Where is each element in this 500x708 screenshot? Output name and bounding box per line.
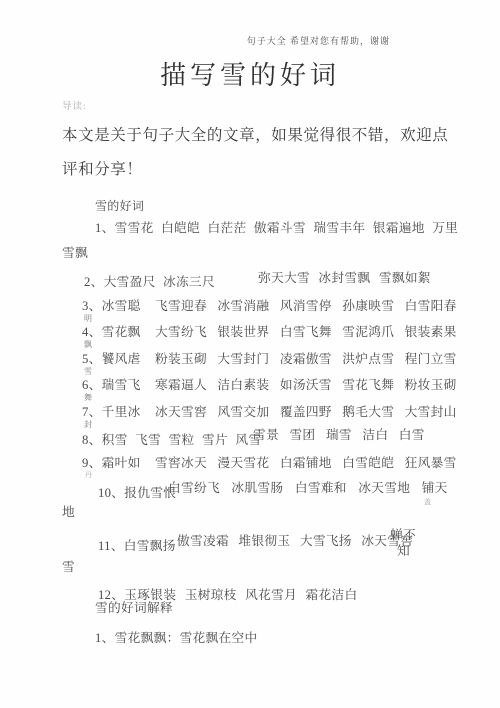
word-item-10-cont: 地 bbox=[62, 506, 75, 519]
word-item-6-words: 寒霜逼人 洁白素装 如汤沃雪 雪花飞舞 粉妆玉砌 bbox=[155, 379, 457, 392]
word-item-7-words: 冰天雪窖 风雪交加 覆盖四野 鹅毛大雪 大雪封山 bbox=[155, 406, 457, 419]
section-title-explanations: 雪的好词解释 bbox=[95, 602, 173, 615]
word-item-10-words: 白雪纷飞 冰肌雪肠 白雪难和 冰天雪地 铺天 bbox=[168, 482, 448, 495]
word-item-2-left: 2、大雪盈尺 冰冻三尺 bbox=[84, 276, 215, 289]
word-item-5-wrap-char: 雪 bbox=[84, 368, 92, 376]
word-item-9-head: 9、霜叶如 bbox=[82, 457, 141, 470]
word-item-4-head: 4、雪花飘 bbox=[82, 326, 141, 339]
word-item-9-words: 雪窖冰天 漫天雪花 白霜铺地 白雪皑皑 狂风暴雪 bbox=[155, 457, 457, 470]
word-item-9-wrap-char: 丹 bbox=[85, 472, 92, 479]
word-item-6-wrap-char: 舞 bbox=[84, 394, 92, 402]
word-item-8-right: 雪景 雪团 瑞雪 洁白 白雪 bbox=[253, 429, 425, 442]
word-item-5-head: 5、饕风虐 bbox=[82, 353, 141, 366]
word-item-1-line-1: 1、雪雪花 白皑皑 白茫茫 傲霜斗雪 瑞雪丰年 银霜遍地 万里 bbox=[95, 222, 458, 235]
word-item-5-words: 粉装玉砌 大雪封门 凌霜傲雪 洪炉点雪 程门立雪 bbox=[155, 353, 457, 366]
lead-label: 导读: bbox=[62, 103, 87, 113]
word-item-10-wrap-char: 盖 bbox=[424, 499, 431, 506]
document-page: 句子大全 希望对您有帮助，谢谢 描写雪的好词 导读: 本文是关于句子大全的文章，… bbox=[0, 0, 500, 708]
word-item-1-line-2: 雪飘 bbox=[62, 247, 88, 260]
word-item-12: 12、玉琢银装 玉树琼枝 风花雪月 霜花洁白 bbox=[98, 589, 358, 602]
page-title: 描写雪的好词 bbox=[0, 63, 500, 89]
word-item-11-words: 傲雪凌霜 堆银彻玉 大雪飞扬 冰天雪窖 bbox=[177, 535, 413, 548]
word-item-11-stack-top: 蝉不 bbox=[390, 529, 416, 542]
intro-line-2: 评和分享！ bbox=[62, 162, 143, 178]
explanation-item-1: 1、雪花飘飘：雪花飘在空中 bbox=[95, 632, 258, 645]
word-item-7-head: 7、千里冰 bbox=[82, 406, 141, 419]
word-item-8-left: 8、积雪 飞雪 雪粒 雪片 风雪 bbox=[82, 434, 261, 447]
word-item-2-right: 弥天大雪 冰封雪飘 雪飘如絮 bbox=[258, 272, 431, 285]
word-item-3-head: 3、冰雪聪 bbox=[82, 300, 141, 313]
word-item-3-words: 飞雪迎春 冰雪消融 风消雪停 孙康映雪 白雪阳春 bbox=[155, 300, 457, 313]
page-header-note: 句子大全 希望对您有帮助，谢谢 bbox=[0, 37, 390, 46]
section-title-words: 雪的好词 bbox=[95, 200, 144, 212]
intro-line-1: 本文是关于句子大全的文章，如果觉得很不错，欢迎点 bbox=[62, 128, 448, 144]
word-item-7-wrap-char: 封 bbox=[84, 421, 92, 429]
word-item-4-words: 大雪纷飞 银装世界 白雪飞舞 雪泥鸿爪 银装素果 bbox=[155, 326, 457, 339]
word-item-10-head: 10、报仇雪恨 bbox=[98, 487, 176, 500]
word-item-3-wrap-char: 明 bbox=[84, 315, 92, 323]
word-item-11-cont: 雪 bbox=[62, 561, 75, 574]
word-item-6-head: 6、瑞雪飞 bbox=[82, 379, 141, 392]
word-item-11-head: 11、白雪飘扬 bbox=[98, 540, 176, 553]
word-item-4-wrap-char: 飘 bbox=[84, 341, 92, 349]
word-item-11-stack-bottom: 知 bbox=[397, 545, 410, 558]
